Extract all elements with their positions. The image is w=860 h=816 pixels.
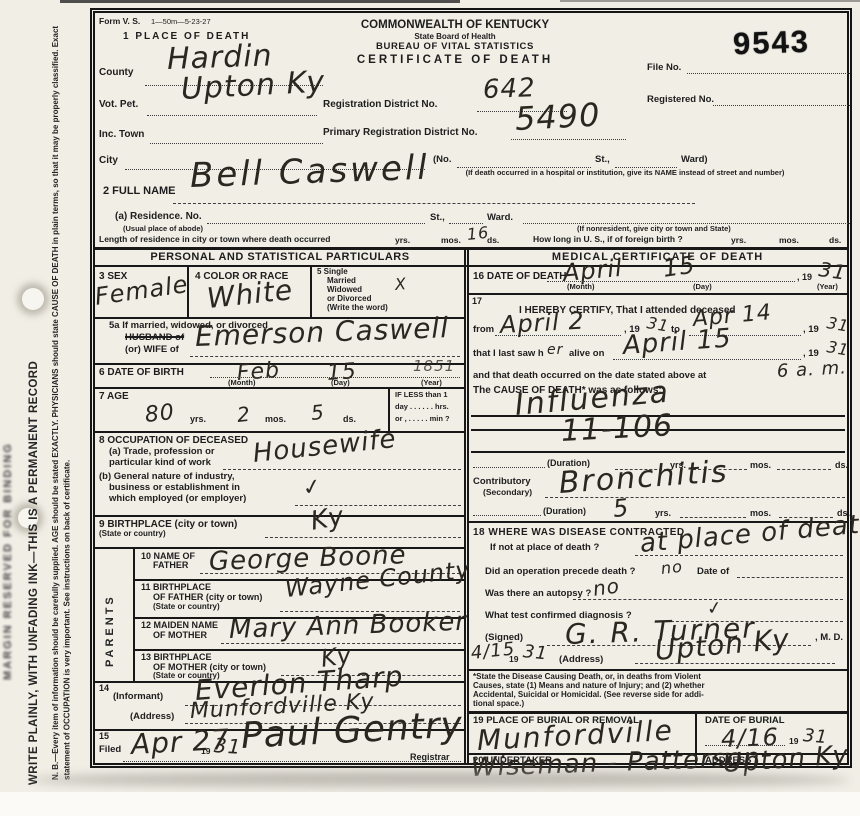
rule (173, 203, 695, 204)
color-race-value: White (206, 276, 295, 313)
duration-caption: (Duration) (543, 507, 586, 517)
cause-code-value: 11-106 (560, 411, 674, 447)
age-years-value: 80 (144, 402, 176, 427)
rule (471, 451, 845, 453)
printed-19: , 19 (803, 349, 819, 359)
residence-st-label: St., (430, 213, 445, 223)
rule (687, 73, 850, 74)
wife-of-label: (or) WIFE of (125, 345, 179, 355)
birth-year-value: 1851 (413, 359, 455, 374)
city-st-label: St., (595, 155, 610, 165)
husband-of-label: HUSBAND of (125, 333, 184, 343)
scan-shadow (30, 772, 850, 788)
day-caption: (Day) (331, 379, 350, 387)
rule (95, 431, 464, 433)
occupation-b-line2: business or establishment in (109, 483, 240, 493)
filed-19-printed: 19 (201, 747, 210, 756)
marital-mark: X (394, 276, 407, 293)
mos-label: mos. (265, 415, 286, 425)
rule (635, 555, 843, 556)
to-year-value: 31 (826, 315, 851, 335)
if-not-place-label: If not at place of death ? (490, 543, 599, 553)
ds-label: ds. (487, 236, 499, 245)
city-no-label: (No. (433, 155, 451, 165)
registrar-label: Registrar (410, 753, 450, 763)
primary-registration-label: Primary Registration District No. (323, 127, 477, 138)
year-caption: (Year) (817, 283, 838, 291)
rule (545, 497, 845, 498)
attended-from-date: April 2 (499, 309, 585, 337)
filed-label: Filed (99, 745, 121, 755)
certificate-form: Form V. S. 1—50m—5-23-27 1 PLACE OF DEAT… (90, 8, 852, 768)
medical-section-title: MEDICAL CERTIFICATE OF DEATH (468, 251, 847, 263)
rule (223, 469, 461, 470)
contributory-duration-years: 5 (612, 495, 631, 521)
death-occurred-label: and that death occurred on the date stat… (473, 371, 706, 381)
from-label: from (473, 325, 494, 335)
spouse-name-value: Emerson Caswell (195, 314, 450, 351)
date-of-label: Date of (697, 567, 729, 577)
rule (777, 469, 831, 470)
rule (207, 223, 425, 224)
mother-name-label2: OF MOTHER (153, 631, 207, 641)
signature-address-label: (Address) (559, 655, 603, 665)
mos-label: mos. (750, 461, 771, 471)
printed-19: , 19 (797, 273, 812, 283)
operation-value: no (660, 559, 683, 577)
registrar-signature: Paul Gentry (240, 707, 464, 755)
age-label: 7 AGE (99, 391, 129, 402)
margin-binding-text: MARGIN RESERVED FOR BINDING (2, 250, 22, 680)
rule (713, 105, 850, 106)
undertaker-address-value: Upton Ky (722, 742, 850, 777)
bureau-subtitle: BUREAU OF VITAL STATISTICS (335, 42, 575, 52)
residence-ward-label: Ward. (487, 213, 513, 223)
rule (613, 359, 801, 360)
residence-label: (a) Residence. No. (115, 211, 202, 222)
scanned-death-certificate: MARGIN RESERVED FOR BINDING WRITE PLAINL… (0, 0, 860, 816)
city-label: City (99, 155, 118, 166)
rule (133, 649, 464, 651)
month-caption: (Month) (228, 379, 255, 387)
death-time-value: 6 a. m. (777, 359, 848, 381)
md-label: , M. D. (815, 633, 843, 643)
how-long-us-label: How long in U. S., if of foreign birth ? (533, 235, 683, 244)
day-caption: (Day) (693, 283, 712, 291)
mos-label: mos. (441, 236, 461, 245)
margin-nb-note: N. B.—Every item of information should b… (50, 25, 88, 780)
father-name-label2: FATHER (153, 561, 188, 571)
registered-no-label: Registered No. (647, 95, 714, 105)
rule (468, 293, 847, 295)
voting-precinct-label: Vot. Pet. (99, 99, 138, 110)
last-saw-label: that I last saw h (473, 349, 544, 359)
informant-address-label: (Address) (130, 712, 174, 722)
occupation-label: 8 OCCUPATION OF DECEASED (99, 435, 248, 446)
contributory-label: Contributory (473, 477, 531, 487)
rule (95, 247, 847, 250)
field17-number: 17 (472, 297, 482, 307)
rule (495, 335, 621, 336)
signature-year: 31 (522, 643, 549, 664)
rule (95, 515, 464, 517)
rule (511, 139, 626, 140)
primary-registration-value: 5490 (514, 99, 601, 135)
rule (150, 143, 323, 144)
signature-address-value: Upton Ky (654, 625, 791, 665)
rule (265, 537, 461, 538)
father-birthplace-label3: (State or country) (153, 603, 220, 612)
rule (147, 115, 317, 116)
yrs-label: yrs. (655, 509, 671, 519)
nonresident-note: (If nonresident, give city or town and S… (577, 225, 731, 233)
field14-number: 14 (99, 684, 109, 694)
length-residence-label: Length of residence in city or town wher… (99, 235, 330, 244)
death-day-value: 15 (661, 253, 697, 281)
field15-number: 15 (99, 732, 109, 742)
ds-label: ds. (835, 461, 848, 471)
rule (95, 265, 847, 267)
yrs-label: yrs. (395, 236, 410, 245)
form-number-label: Form V. S. (99, 17, 140, 26)
date-of-birth-label: 6 DATE OF BIRTH (99, 367, 184, 378)
filed-year-value: 31 (213, 735, 242, 757)
occupation-b-line3: which employed (or employer) (109, 494, 246, 504)
scan-edge-streak (60, 0, 460, 3)
year-caption: (Year) (421, 379, 442, 387)
margin-write-plainly-text: WRITE PLAINLY, WITH UNFADING INK—THIS IS… (28, 185, 50, 785)
if-less-line3: or , . . . . . min ? (395, 415, 450, 423)
city-ward-label: Ward) (681, 155, 708, 165)
birthplace-sub-label: (State or country) (99, 530, 166, 539)
printed-19: 19 (509, 655, 518, 664)
commonwealth-title: COMMONWEALTH OF KENTUCKY (335, 19, 575, 32)
if-less-line1: IF LESS than 1 (395, 391, 448, 399)
age-months-value: 2 (236, 404, 252, 425)
rule (187, 267, 189, 317)
age-days-value: 5 (310, 402, 326, 423)
voting-precinct-value: Upton Ky (180, 67, 326, 105)
registration-district-label: Registration District No. (323, 99, 437, 110)
informant-label: (Informant) (113, 692, 163, 702)
county-label: County (99, 67, 133, 78)
occupation-a-line1: (a) Trade, profession or (109, 447, 215, 457)
rule (473, 515, 541, 516)
marital-write-word-label: (Write the word) (327, 304, 388, 313)
printed-19: , 19 (803, 325, 819, 335)
parents-side-label: PARENTS (104, 563, 116, 667)
scan-background (0, 792, 860, 816)
abode-note: (Usual place of abode) (123, 225, 203, 233)
occupation-b-checkmark: ✓ (301, 476, 324, 501)
rule (737, 577, 843, 578)
hospital-note: (If death occurred in a hospital or inst… (395, 169, 855, 177)
yrs-label: yrs. (190, 415, 206, 425)
last-seen-date: April 15 (622, 325, 732, 359)
rule (473, 467, 545, 468)
ds-label: ds. (343, 415, 356, 425)
mother-name-value: Mary Ann Booker (229, 609, 468, 643)
rule (680, 517, 746, 518)
form-code: 1—50m—5-23-27 (151, 18, 211, 26)
death-year-value: 31 (818, 259, 848, 283)
rule (468, 669, 847, 671)
full-name-label: 2 FULL NAME (103, 185, 176, 197)
personal-section-title: PERSONAL AND STATISTICAL PARTICULARS (95, 251, 465, 263)
her-written: er (547, 343, 563, 357)
occupation-b-line1: (b) General nature of industry, (99, 472, 234, 482)
rule (468, 711, 847, 714)
scan-edge-streak (560, 0, 860, 2)
mos-label: mos. (779, 236, 799, 245)
autopsy-label: Was there an autopsy ? (485, 589, 591, 599)
birthplace-value: Ky (309, 503, 347, 534)
contributory-value: Bronchitis (558, 457, 730, 499)
yrs-label: yrs. (731, 236, 746, 245)
last-seen-year: 31 (826, 339, 851, 359)
inc-town-label: Inc. Town (99, 129, 144, 140)
full-name-value: Bell Caswell (189, 151, 430, 193)
footnote-line4: tional space.) (473, 700, 524, 709)
file-number-stamp: 9543 (732, 24, 810, 63)
file-no-label: File No. (647, 63, 681, 73)
alive-on-label: alive on (569, 349, 604, 359)
occupation-a-line2: particular kind of work (109, 458, 211, 468)
month-caption: (Month) (567, 283, 594, 291)
rule (310, 267, 312, 317)
autopsy-value: no (592, 575, 621, 599)
column-divider (464, 247, 469, 763)
rule (133, 547, 135, 681)
certificate-title: CERTIFICATE OF DEATH (335, 54, 575, 67)
rule (635, 663, 835, 664)
ds-label: ds. (829, 236, 841, 245)
secondary-label: (Secondary) (483, 488, 532, 497)
if-less-line2: day . . . . . . hrs. (395, 403, 449, 411)
rule (95, 387, 464, 389)
